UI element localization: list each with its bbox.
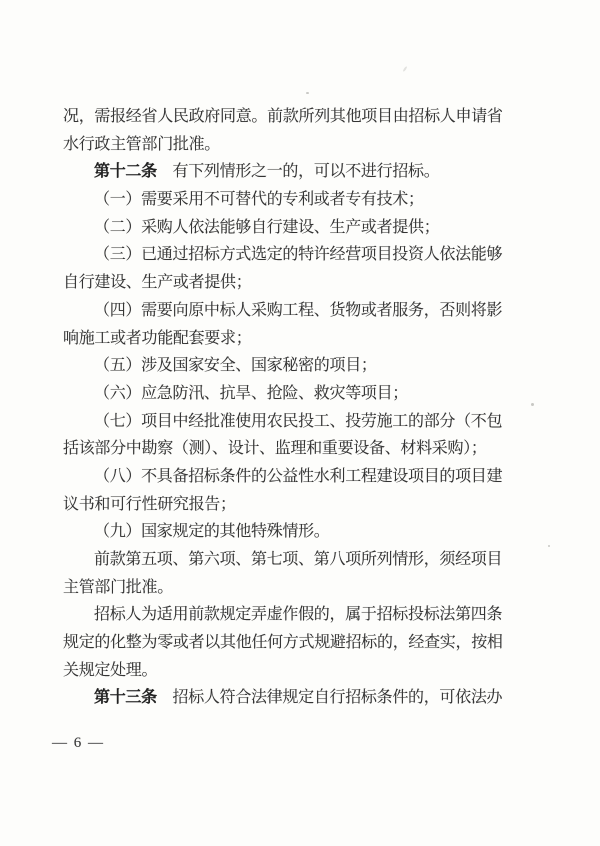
document-text-block: 况，需报经省人民政府同意。前款所列其他项目由招标人申请省 水行政主管部门批准。 … — [63, 103, 533, 712]
scan-artifact — [306, 92, 309, 94]
document-line-article-13: 第十三条 招标人符合法律规定自行招标条件的，可依法办 — [63, 684, 533, 712]
document-line-item-4: （四）需要向原中标人采购工程、货物或者服务，否则将影 — [63, 297, 533, 325]
line-text: （六）应急防汛、抗旱、抢险、救灾等项目； — [94, 385, 408, 402]
document-line-item-1: （一）需要采用不可替代的专利或者专有技术； — [63, 186, 533, 214]
line-text: 响施工或者功能配套要求； — [63, 330, 251, 347]
document-line: 规定的化整为零或者以其他任何方式规避招标的，经查实，按相 — [63, 629, 533, 657]
line-text: 况，需报经省人民政府同意。前款所列其他项目由招标人申请省 — [63, 108, 503, 125]
document-line: 议书和可行性研究报告； — [63, 491, 533, 519]
line-text: （五）涉及国家安全、国家秘密的项目； — [94, 357, 377, 374]
scan-artifact — [548, 545, 550, 547]
document-line: 响施工或者功能配套要求； — [63, 325, 533, 353]
document-line-item-8: （八）不具备招标条件的公益性水利工程建设项目的项目建 — [63, 463, 533, 491]
article-number: 第十三条 — [94, 689, 157, 706]
document-line-item-7: （七）项目中经批准使用农民投工、投劳施工的部分（不包 — [63, 408, 533, 436]
line-text: 主管部门批准。 — [63, 579, 173, 596]
line-text: 自行建设、生产或者提供； — [63, 274, 251, 291]
document-line: 括该部分中勘察（测）、设计、监理和重要设备、材料采购）； — [63, 435, 533, 463]
document-line-item-9: （九）国家规定的其他特殊情形。 — [63, 518, 533, 546]
page-number: — 6 — — [52, 735, 105, 752]
scan-artifact — [402, 66, 407, 72]
scanned-document-page: 况，需报经省人民政府同意。前款所列其他项目由招标人申请省 水行政主管部门批准。 … — [0, 0, 600, 846]
line-text: 议书和可行性研究报告； — [63, 496, 236, 513]
document-line: 自行建设、生产或者提供； — [63, 269, 533, 297]
document-line: 主管部门批准。 — [63, 574, 533, 602]
document-line-article-12: 第十二条 有下列情形之一的，可以不进行招标。 — [63, 158, 533, 186]
document-line-item-3: （三）已通过招标方式选定的特许经营项目投资人依法能够 — [63, 241, 533, 269]
line-text: （一）需要采用不可替代的专利或者专有技术； — [94, 191, 424, 208]
document-line: 前款第五项、第六项、第七项、第八项所列情形，须经项目 — [63, 546, 533, 574]
line-text: （九）国家规定的其他特殊情形。 — [94, 523, 330, 540]
line-text: （四）需要向原中标人采购工程、货物或者服务，否则将影 — [94, 302, 502, 319]
document-line: 关规定处理。 — [63, 657, 533, 685]
document-line-item-2: （二）采购人依法能够自行建设、生产或者提供； — [63, 214, 533, 242]
line-text: （七）项目中经批准使用农民投工、投劳施工的部分（不包 — [94, 413, 502, 430]
line-text: 招标人符合法律规定自行招标条件的，可依法办 — [157, 689, 502, 706]
document-line: 水行政主管部门批准。 — [63, 131, 533, 159]
line-text: 括该部分中勘察（测）、设计、监理和重要设备、材料采购）； — [63, 440, 487, 457]
document-line-item-6: （六）应急防汛、抗旱、抢险、救灾等项目； — [63, 380, 533, 408]
line-text: （二）采购人依法能够自行建设、生产或者提供； — [94, 219, 439, 236]
document-line: 招标人为适用前款规定弄虚作假的，属于招标投标法第四条 — [63, 601, 533, 629]
document-line: 况，需报经省人民政府同意。前款所列其他项目由招标人申请省 — [63, 103, 533, 131]
line-text: 前款第五项、第六项、第七项、第八项所列情形，须经项目 — [94, 551, 502, 568]
line-text: 有下列情形之一的，可以不进行招标。 — [157, 163, 440, 180]
document-line-item-5: （五）涉及国家安全、国家秘密的项目； — [63, 352, 533, 380]
line-text: 关规定处理。 — [63, 662, 157, 679]
line-text: 规定的化整为零或者以其他任何方式规避招标的，经查实，按相 — [63, 634, 503, 651]
line-text: （八）不具备招标条件的公益性水利工程建设项目的项目建 — [94, 468, 502, 485]
line-text: 招标人为适用前款规定弄虚作假的，属于招标投标法第四条 — [94, 606, 502, 623]
line-text: 水行政主管部门批准。 — [63, 136, 220, 153]
line-text: （三）已通过招标方式选定的特许经营项目投资人依法能够 — [94, 246, 502, 263]
scan-artifact — [531, 403, 534, 406]
article-number: 第十二条 — [94, 163, 157, 180]
